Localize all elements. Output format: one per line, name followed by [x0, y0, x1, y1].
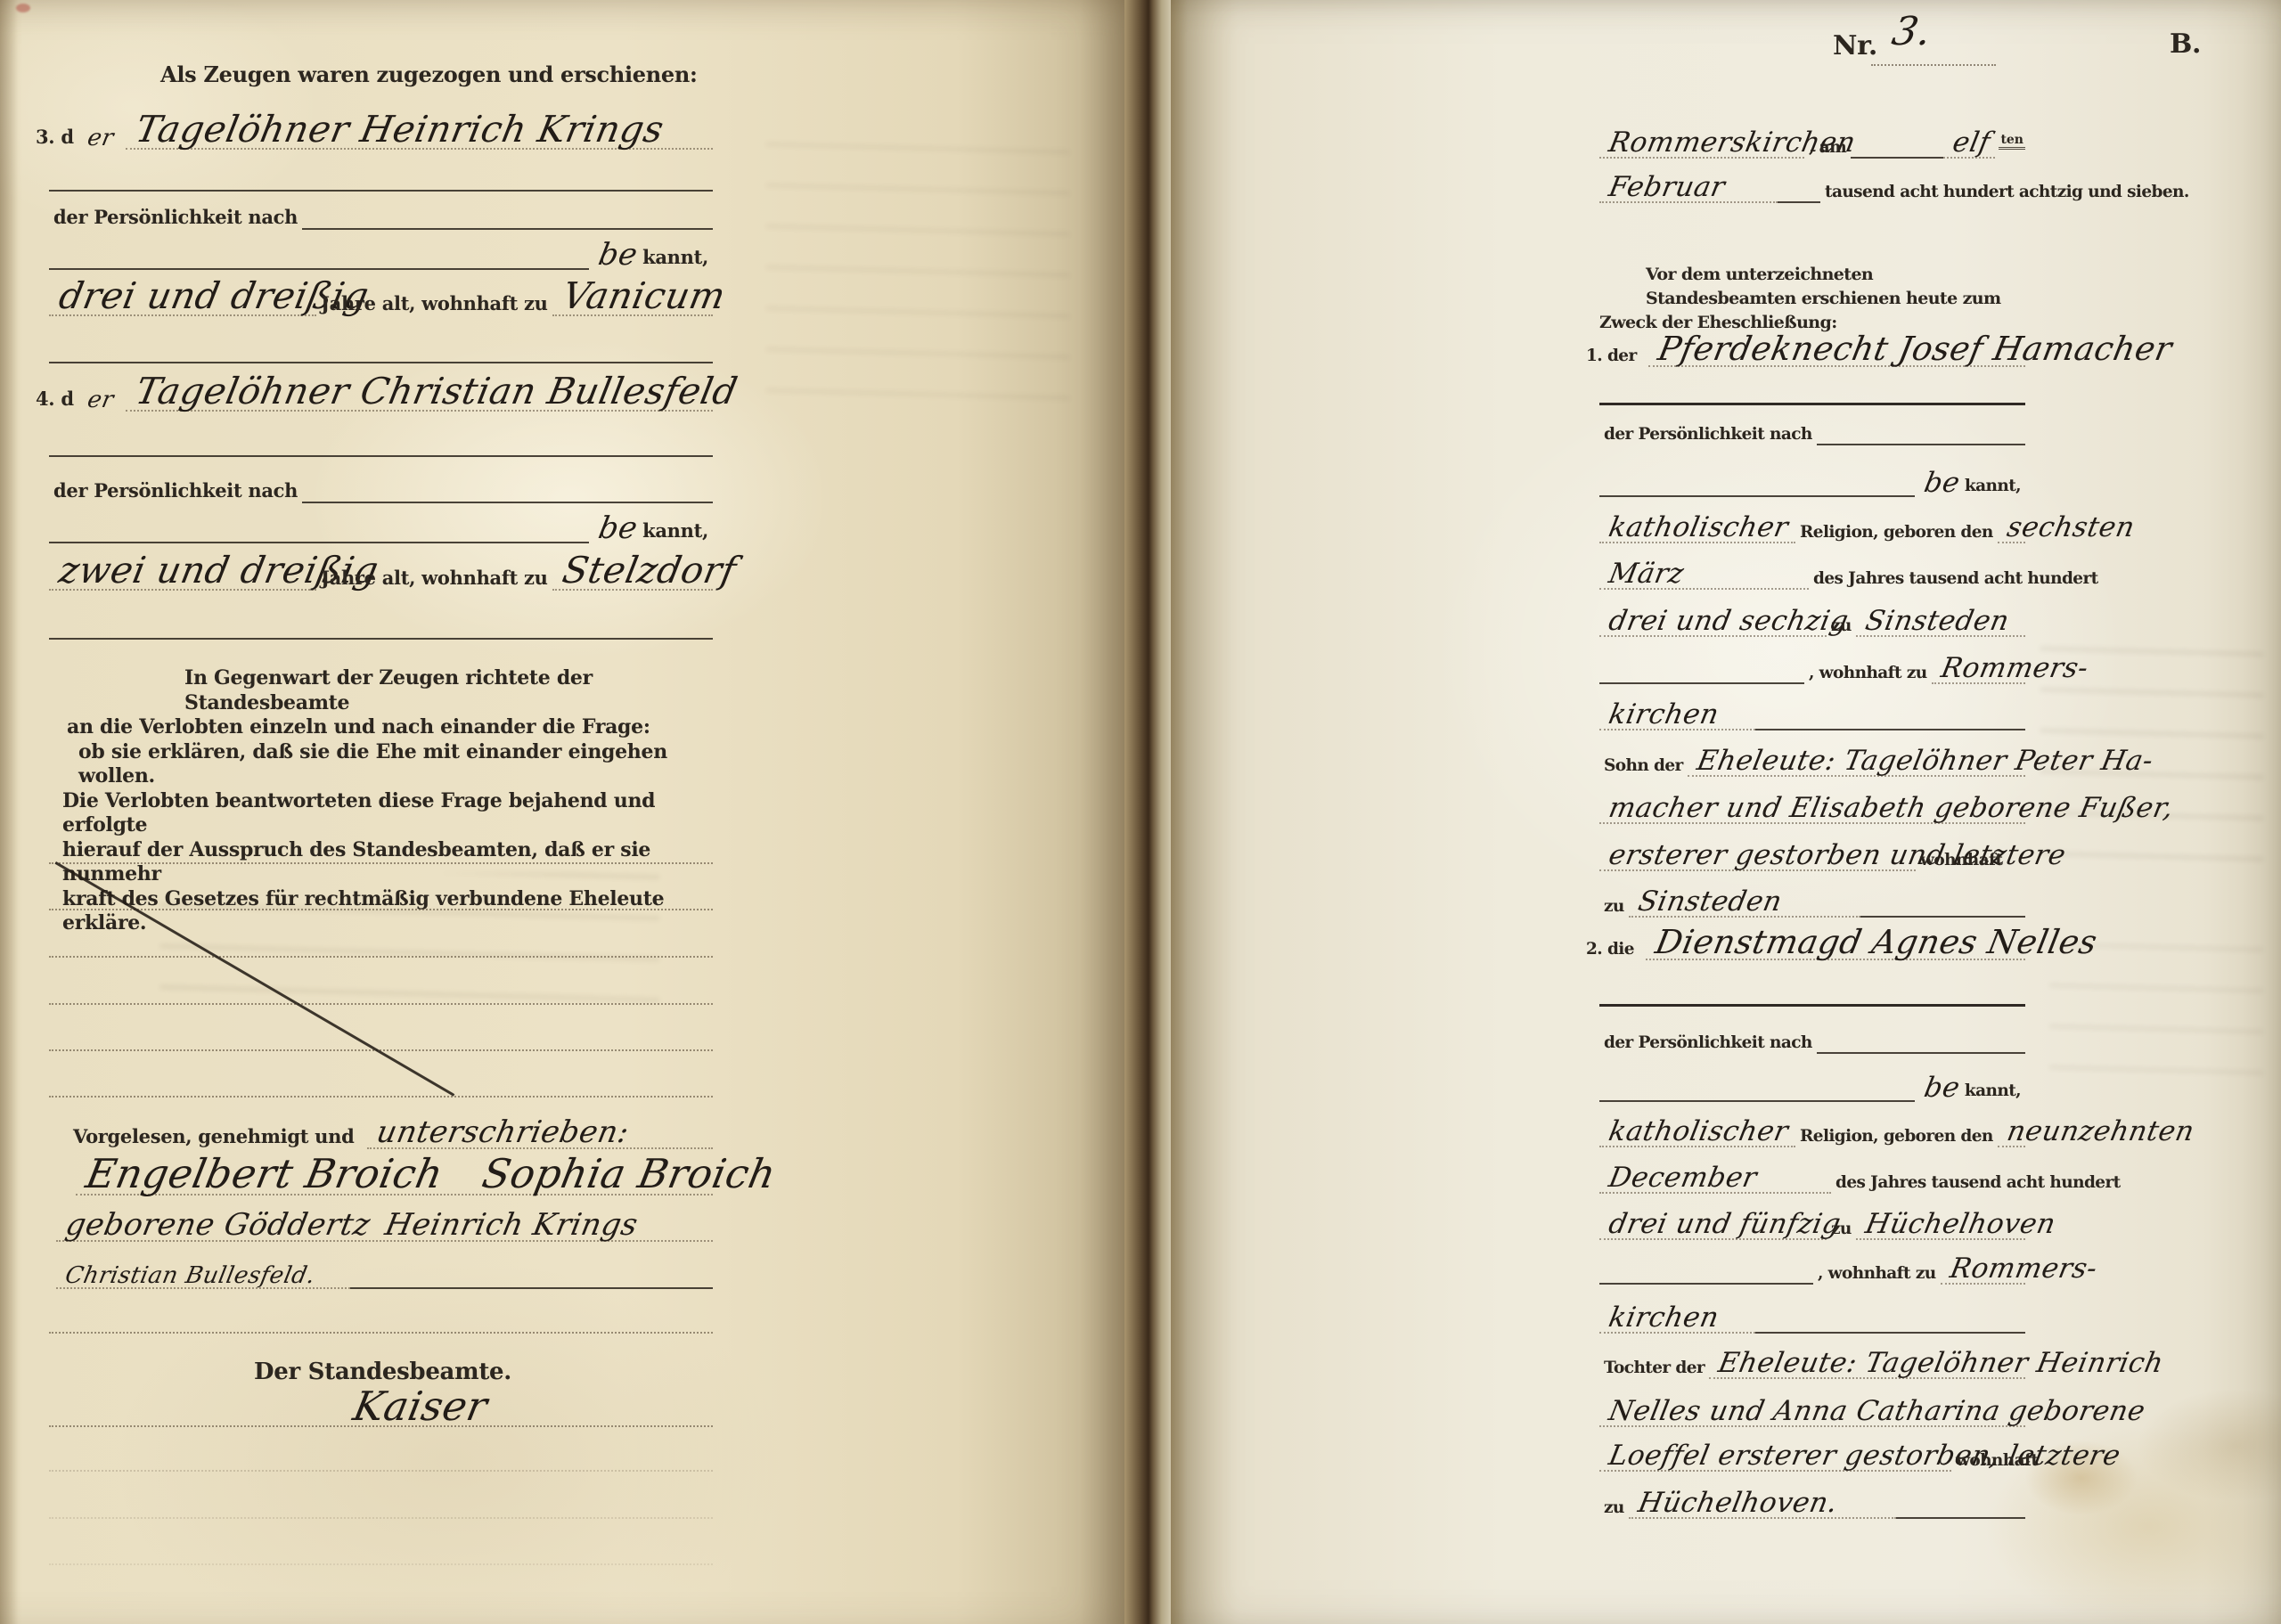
handwritten-text: be	[1915, 1074, 1960, 1102]
handwritten-entry: kirchen	[1599, 1304, 1755, 1334]
printed-label: der Persönlichkeit nach	[49, 206, 302, 230]
witness-4-age-entry: zwei und dreißig	[49, 552, 316, 591]
witness-signature-krings: geborene Göddertz Heinrich Krings	[56, 1210, 713, 1242]
groom-birth-month-row: Märzdes Jahres tausend acht hundert	[1599, 547, 2025, 590]
blank-underline	[49, 536, 589, 543]
dotted-underline	[49, 998, 713, 1005]
bride-birthyear-entry: drei und fünfzig	[1599, 1211, 1827, 1240]
groom-known-row: bekannt,	[1599, 454, 2025, 497]
groom-birthyear-entry: drei und sechzig	[1599, 608, 1827, 637]
unterschrieben-entry: unterschrieben:	[367, 1117, 713, 1149]
bride-identity-label: der Persönlichkeit nach	[1599, 1011, 2025, 1054]
registrar-title-row: Der Standesbeamte.	[49, 1344, 713, 1387]
blank-underline	[1599, 1277, 1813, 1285]
groom-parents-row-3: ersterer gestorben und letzterewohnhaft	[1599, 828, 2025, 871]
printed-label: 2. die	[1582, 940, 1639, 960]
bride-row: 2. dieDienstmagd Agnes Nelles	[1582, 918, 2025, 960]
witness-3-row: 3. derTagelöhner Heinrich Krings	[31, 107, 713, 150]
page-edge-shadow	[0, 0, 18, 1624]
voided-line-row	[49, 915, 713, 958]
handwritten-entry: kirchen	[1599, 701, 1755, 730]
witness-signature-bullesfeld: Christian Bullesfeld.	[56, 1264, 350, 1289]
witness-4-age-residence-row: zwei und dreißigJahre alt, wohnhaft zuSt…	[49, 548, 713, 591]
bride-birthmonth-entry: December	[1599, 1164, 1831, 1194]
book-gutter	[1124, 0, 1171, 1624]
printed-label: tausend acht hundert achtzig und sieben.	[1820, 183, 2194, 203]
blank-underline	[49, 632, 713, 640]
blank-line-row	[49, 414, 713, 457]
bride-parents-residence-entry: Hüchelhoven.	[1629, 1489, 1896, 1519]
printed-label: der Persönlichkeit nach	[49, 479, 302, 503]
register-book-scan: Nr. 3. B. Als Zeugen waren zugezogen und…	[0, 0, 2281, 1624]
groom-parents-residence-row: zuSinsteden	[1599, 875, 2025, 918]
printed-label: kannt,	[1960, 1081, 2025, 1102]
blank-underline	[1778, 196, 1820, 203]
groom-parents-residence-entry: Sinsteden	[1629, 888, 1860, 918]
printed-label: Vorgelesen, genehmigt und	[69, 1125, 358, 1149]
voided-line-row	[49, 962, 713, 1005]
bride-birth-month-row: Decemberdes Jahres tausend acht hundert	[1599, 1151, 2025, 1194]
printed-label: zu	[1599, 897, 1629, 918]
blank-underline	[49, 356, 713, 363]
bride-birthday-entry: neunzehnten	[1998, 1118, 2025, 1147]
dotted-underline	[49, 1326, 713, 1334]
printed-label: Jahre alt, wohnhaft zu	[316, 292, 552, 316]
voided-line-row	[49, 821, 713, 864]
printed-label: , wohnhaft zu	[1804, 664, 1932, 684]
bride-birthplace-entry: Hüchelhoven	[1856, 1211, 2025, 1240]
witness-4-identity-label: der Persönlichkeit nach	[49, 461, 713, 503]
printed-label: wohnhaft	[1951, 1451, 2042, 1472]
printed-label: zu	[1827, 1220, 1856, 1240]
witness-4-name-entry: Tagelöhner Christian Bullesfeld	[126, 373, 713, 412]
blank-underline	[1599, 490, 1915, 497]
witness-3-identity-label: der Persönlichkeit nach	[49, 187, 713, 230]
bride-birth-year-place-row: drei und fünfzigzuHüchelhoven	[1599, 1197, 2025, 1240]
blank-underline	[49, 263, 589, 270]
bride-known-row: bekannt,	[1599, 1059, 2025, 1102]
dotted-underline	[49, 903, 713, 910]
groom-birthday-entry: sechsten	[1998, 514, 2025, 543]
paragraph-line: ob sie erklären, daß sie die Ehe mit ein…	[62, 740, 702, 789]
blank-underline	[1817, 1047, 2025, 1054]
groom-residence-entry: Rommers-	[1932, 655, 2025, 684]
groom-birthmonth-entry: März	[1599, 560, 1809, 590]
handwritten-text: er	[78, 126, 115, 150]
groom-residence-row: , wohnhaft zuRommers-	[1599, 641, 2025, 684]
handwritten-entry: macher und Elisabeth geborene Fußer,	[1599, 795, 2025, 824]
groom-religion-entry: katholischer	[1599, 514, 1795, 543]
groom-religion-row: katholischerReligion, geboren densechste…	[1599, 501, 2025, 543]
handwritten-entry: ersterer gestorben und letztere	[1599, 842, 1916, 871]
dotted-underline	[49, 1558, 713, 1565]
paper-stain	[16, 4, 30, 12]
dotted-underline	[49, 857, 713, 864]
dotted-underline	[49, 951, 713, 958]
groom-identity-label: der Persönlichkeit nach	[1599, 403, 2025, 445]
printed-label: des Jahres tausend acht hundert	[1809, 569, 2103, 590]
groom-parents-entry: Eheleute: Tagelöhner Peter Ha-	[1688, 747, 2025, 777]
blank-line-row	[49, 597, 713, 640]
blank-underline	[1755, 723, 2025, 730]
blank-underline	[49, 450, 713, 457]
date-year-row: Februartausend acht hundert achtzig und …	[1599, 160, 2025, 203]
blank-underline	[1896, 1512, 2025, 1519]
blank-underline	[1851, 151, 1943, 159]
printed-label: , wohnhaft zu	[1813, 1264, 1941, 1285]
witness-3-residence-entry: Vanicum	[552, 278, 713, 316]
day-entry: elf	[1943, 129, 1995, 159]
registrar-signature: Kaiser	[343, 1386, 486, 1426]
right-form-column: Rommerskirchen, amelftenFebruartausend a…	[1599, 0, 2025, 1624]
paragraph-line: an die Verlobten einzeln und nach einand…	[62, 715, 702, 740]
left-form-column: Als Zeugen waren zugezogen und erschiene…	[49, 0, 713, 1624]
groom-row: 1. derPferdeknecht Josef Hamacher	[1582, 324, 2025, 367]
printed-label: kannt,	[638, 519, 713, 543]
witness-4-row: 4. derTagelöhner Christian Bullesfeld	[31, 369, 713, 412]
voided-line-row	[49, 1522, 713, 1565]
printed-label: zu	[1599, 1498, 1629, 1519]
printed-label: Religion, geboren den	[1795, 523, 1998, 543]
printed-label: zu	[1827, 616, 1856, 637]
handwritten-entry: Nelles und Anna Catharina geborene	[1599, 1398, 2025, 1427]
printed-label: wohnhaft	[1916, 851, 2007, 871]
groom-parents-row-2: macher und Elisabeth geborene Fußer,	[1599, 781, 2025, 824]
voided-line-row	[49, 868, 713, 910]
printed-label: des Jahres tausend acht hundert	[1831, 1173, 2125, 1194]
dotted-underline	[49, 1512, 713, 1519]
bride-residence-row: , wohnhaft zuRommers-	[1599, 1242, 2025, 1285]
voided-line-row	[49, 1055, 713, 1098]
dotted-underline	[49, 1090, 713, 1098]
blank-underline	[1599, 677, 1804, 684]
witness-4-residence-entry: Stelzdorf	[552, 552, 713, 591]
signature-line-1: Engelbert Broich Sophia Broich	[76, 1153, 713, 1196]
voided-line-row	[49, 1476, 713, 1519]
bride-parents-row-2: Nelles und Anna Catharina geborene	[1599, 1384, 2025, 1427]
signatures-intro-row: Vorgelesen, genehmigt undunterschrieben:	[69, 1106, 713, 1149]
page-letter: B.	[2165, 29, 2205, 61]
rule-underline	[1599, 998, 2025, 1007]
handwritten-text: be	[589, 240, 638, 270]
blank-underline	[1599, 1095, 1915, 1102]
signature-line-3: Christian Bullesfeld.	[56, 1246, 713, 1289]
rule-line-row	[1599, 964, 2025, 1007]
bride-name-entry: Dienstmagd Agnes Nelles	[1646, 926, 2025, 960]
bride-religion-entry: katholischer	[1599, 1118, 1795, 1147]
place-date-row: Rommerskirchen, amelften	[1599, 116, 2025, 159]
blank-underline	[1755, 1326, 2025, 1334]
bride-residence-cont-row: kirchen	[1599, 1291, 2025, 1334]
witness-3-name-entry: Tagelöhner Heinrich Krings	[126, 111, 713, 150]
blank-underline	[350, 1282, 713, 1289]
printed-label: Sohn der	[1599, 756, 1688, 777]
handwritten-text: be	[589, 513, 638, 543]
handwritten-entry: Loeffel ersterer gestorben, letztere	[1599, 1442, 1951, 1472]
handwritten-text: be	[1915, 469, 1960, 497]
month-entry: Februar	[1599, 174, 1778, 203]
groom-residence-cont-row: kirchen	[1599, 688, 2025, 730]
place-entry: Rommerskirchen	[1599, 129, 1804, 159]
superscript-suffix: ten	[1999, 133, 2025, 150]
bride-residence-entry: Rommers-	[1941, 1255, 2025, 1285]
printed-label: Religion, geboren den	[1795, 1127, 1998, 1147]
bride-religion-row: katholischerReligion, geboren denneunzeh…	[1599, 1105, 2025, 1147]
paragraph-line: Vor dem unterzeichneten Standesbeamten e…	[1599, 263, 2025, 311]
signature-line-2: geborene Göddertz Heinrich Krings	[56, 1199, 713, 1242]
printed-label: 4. d	[31, 388, 78, 412]
dotted-underline	[49, 1044, 713, 1051]
groom-birth-year-place-row: drei und sechzigzuSinsteden	[1599, 594, 2025, 637]
voided-line-row	[49, 1291, 713, 1334]
printed-label: Tochter der	[1599, 1359, 1709, 1379]
rule-line-row	[1599, 363, 2025, 405]
dotted-underline	[49, 1465, 713, 1472]
printed-label: Jahre alt, wohnhaft zu	[316, 567, 552, 591]
bride-parents-row-3: Loeffel ersterer gestorben, letzterewohn…	[1599, 1429, 2025, 1472]
bride-parents-row-1: Tochter derEheleute: Tagelöhner Heinrich	[1599, 1336, 2025, 1379]
witness-4-known-row: bekannt,	[49, 501, 713, 543]
witness-3-age-entry: drei und dreißig	[49, 278, 316, 316]
printed-label: kannt,	[638, 246, 713, 270]
witnesses-heading: Als Zeugen waren zugezogen und erschiene…	[49, 46, 713, 89]
handwritten-text: er	[78, 388, 115, 412]
groom-parents-row-1: Sohn derEheleute: Tagelöhner Peter Ha-	[1599, 734, 2025, 777]
couple-signatures: Engelbert Broich Sophia Broich	[76, 1154, 713, 1196]
printed-label: 3. d	[31, 126, 78, 150]
blank-underline	[1860, 910, 2025, 918]
printed-label: der Persönlichkeit nach	[1599, 1033, 1817, 1054]
printed-label: kannt,	[1960, 477, 2025, 497]
blank-line-row	[49, 149, 713, 192]
bride-parents-residence-row: zuHüchelhoven.	[1599, 1476, 2025, 1519]
printed-label: , am	[1804, 138, 1851, 159]
printed-label: Als Zeugen waren zugezogen und erschiene…	[156, 61, 702, 89]
blank-underline	[1817, 438, 2025, 445]
blank-line-row	[49, 321, 713, 363]
voided-line-row	[49, 1429, 713, 1472]
groom-birthplace-entry: Sinsteden	[1856, 608, 2025, 637]
bride-parents-entry: Eheleute: Tagelöhner Heinrich	[1709, 1350, 2025, 1379]
voided-line-row	[49, 1008, 713, 1051]
witness-3-age-residence-row: drei und dreißigJahre alt, wohnhaft zuVa…	[49, 273, 713, 316]
printed-label: der Persönlichkeit nach	[1599, 425, 1817, 445]
paragraph-line: In Gegenwart der Zeugen richtete der Sta…	[62, 666, 702, 715]
witness-3-known-row: bekannt,	[49, 227, 713, 270]
